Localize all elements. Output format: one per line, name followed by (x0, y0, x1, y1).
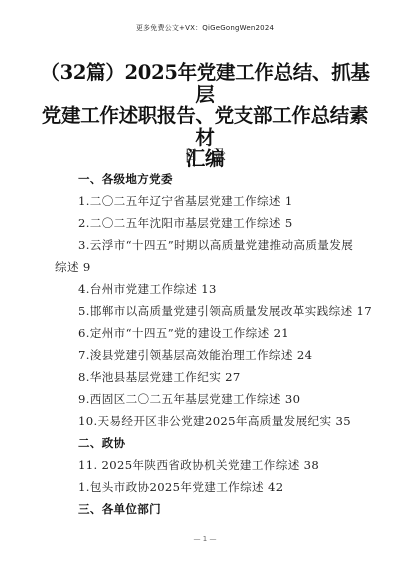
toc-item[interactable]: 5.邯郸市以高质量党建引领高质量发展改革实践综述 17 (55, 300, 360, 322)
title-line-1: （32篇）2025年党建工作总结、抓基层 (40, 62, 370, 105)
toc-section-departments[interactable]: 三、各单位部门 (55, 498, 360, 520)
toc-section-cppcc[interactable]: 二、政协 (55, 432, 360, 454)
header-note: 更多免费公文+VX：QiGeGongWen2024 (0, 23, 410, 33)
page-number: — 1 — (0, 535, 410, 543)
toc-item[interactable]: 2.二〇二五年沈阳市基层党建工作综述 5 (55, 212, 360, 234)
toc-item[interactable]: 1.包头市政协2025年党建工作综述 42 (55, 476, 360, 498)
toc-item[interactable]: 9.西固区二〇二五年基层党建工作综述 30 (55, 388, 360, 410)
title-line-2: 党建工作述职报告、党支部工作总结素材 (40, 105, 370, 148)
toc-item[interactable]: 1.二〇二五年辽宁省基层党建工作综述 1 (55, 190, 360, 212)
toc-item[interactable]: 3.云浮市“十四五”时期以高质量党建推动高质量发展综述 9 (55, 234, 360, 278)
toc-section-local-party-committees[interactable]: 一、各级地方党委 (55, 168, 360, 190)
toc-item[interactable]: 7.浚县党建引领基层高效能治理工作综述 24 (55, 344, 360, 366)
toc-item[interactable]: 11. 2025年陕西省政协机关党建工作综述 38 (55, 454, 360, 476)
toc-item[interactable]: 10.天易经开区非公党建2025年高质量发展纪实 35 (55, 410, 360, 432)
toc-item[interactable]: 8.华池县基层党建工作纪实 27 (55, 366, 360, 388)
table-of-contents: 一、各级地方党委 1.二〇二五年辽宁省基层党建工作综述 1 2.二〇二五年沈阳市… (55, 168, 360, 520)
toc-item[interactable]: 4.台州市党建工作综述 13 (55, 278, 360, 300)
toc-item[interactable]: 6.定州市“十四五”党的建设工作综述 21 (55, 322, 360, 344)
toc-title: 目录 (0, 145, 410, 165)
